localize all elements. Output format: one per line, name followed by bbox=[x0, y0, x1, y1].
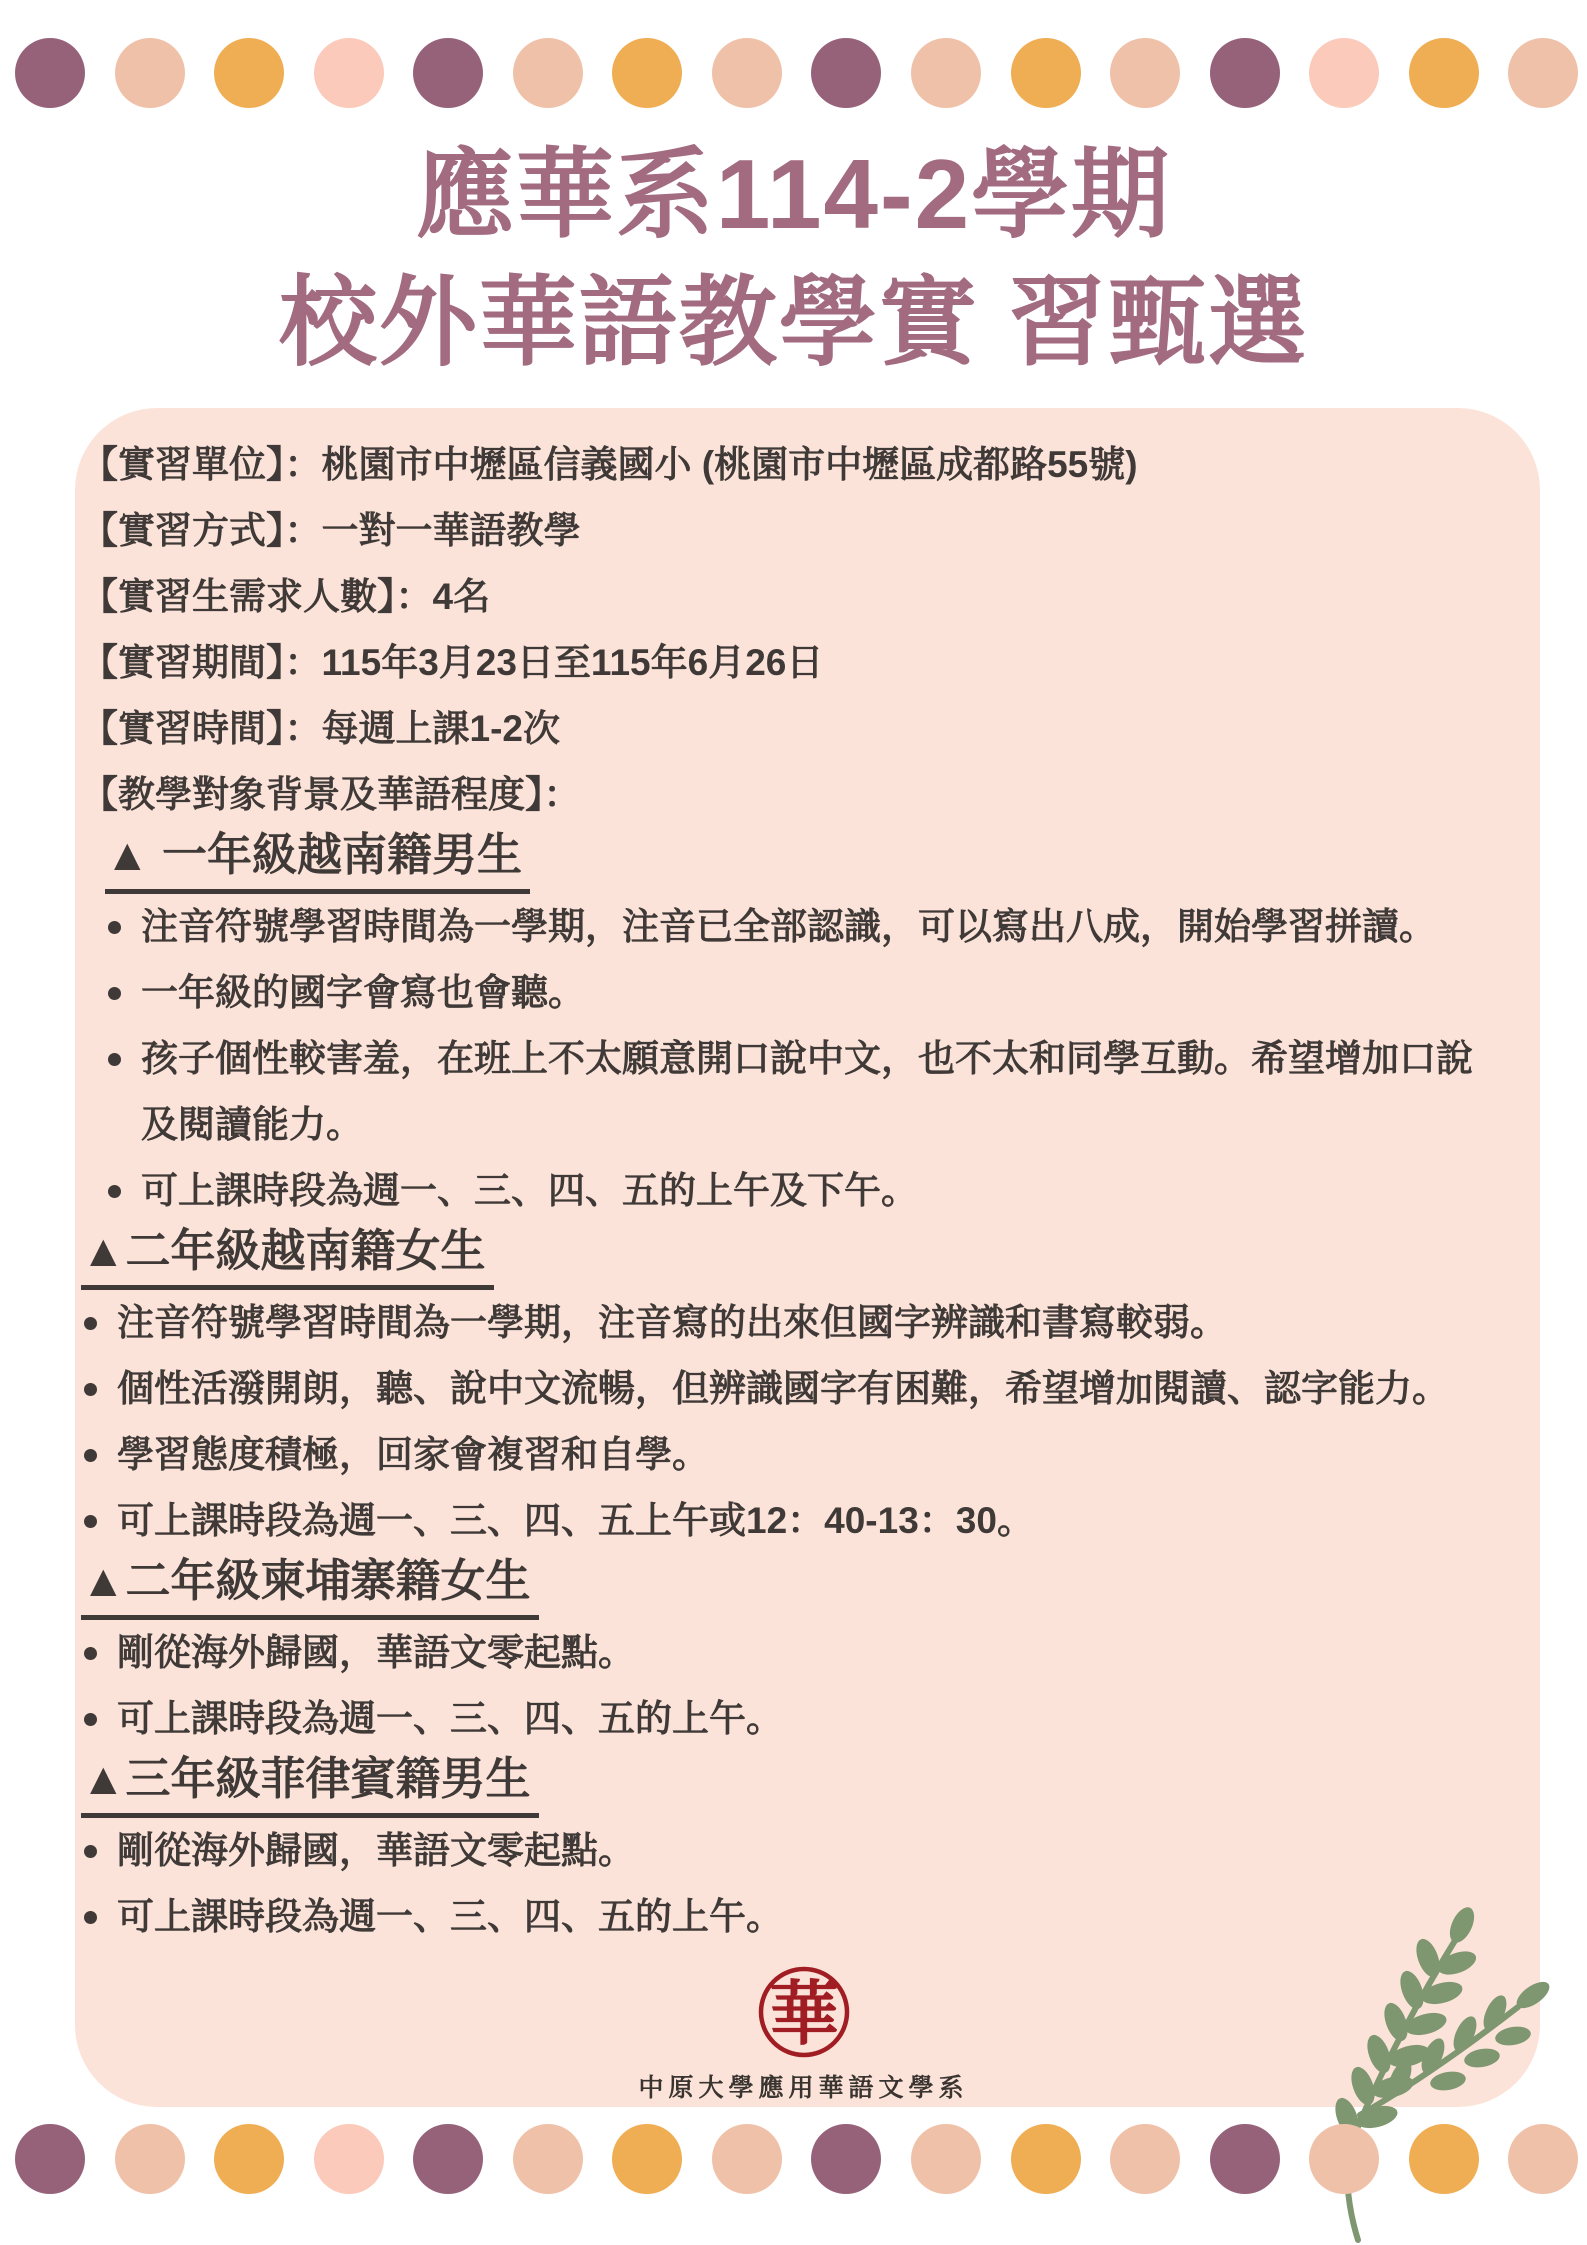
bullet-dot-icon bbox=[84, 1845, 97, 1858]
bullet-item: 孩子個性較害羞，在班上不太願意開口說中文，也不太和同學互動。希望增加口說 及閱讀… bbox=[108, 1026, 1526, 1158]
bullet-item: 學習態度積極，回家會複習和自學。 bbox=[84, 1422, 1526, 1488]
group-heading-text: ▲ 一年級越南籍男生 bbox=[105, 826, 530, 894]
bullet-item: 可上課時段為週一、三、四、五的上午及下午。 bbox=[108, 1158, 1526, 1224]
bullet-text: 一年級的國字會寫也會聽。 bbox=[141, 960, 585, 1026]
group-heading: ▲三年級菲律賓籍男生 bbox=[81, 1752, 1526, 1818]
group-heading-text: ▲二年級越南籍女生 bbox=[81, 1222, 494, 1290]
bullet-dot-icon bbox=[108, 921, 121, 934]
branch-leaves bbox=[1331, 1904, 1554, 2140]
bullet-dot-icon bbox=[84, 1449, 97, 1462]
decorative-dot bbox=[612, 2124, 682, 2194]
info-line: 【實習單位】：桃園市中壢區信義國小 (桃園市中壢區成都路55號) bbox=[81, 432, 1526, 498]
decorative-dot bbox=[115, 2124, 185, 2194]
bottom-dots-border bbox=[0, 2124, 1587, 2194]
bullet-text: 注音符號學習時間為一學期，注音寫的出來但國字辨識和書寫較弱。 bbox=[117, 1290, 1227, 1356]
bullet-text: 可上課時段為週一、三、四、五的上午。 bbox=[117, 1686, 783, 1752]
bullet-dot-icon bbox=[108, 1053, 121, 1066]
card-footer: 華 中原大學應用華語文學系 bbox=[81, 1964, 1526, 2104]
bullet-item: 剛從海外歸國，華語文零起點。 bbox=[84, 1620, 1526, 1686]
decorative-dot bbox=[314, 38, 384, 108]
top-dots-border bbox=[0, 38, 1587, 108]
decorative-dot bbox=[413, 38, 483, 108]
group-heading: ▲ 一年級越南籍男生 bbox=[105, 828, 1526, 894]
bullet-text: 孩子個性較害羞，在班上不太願意開口說中文，也不太和同學互動。希望增加口說 及閱讀… bbox=[141, 1026, 1473, 1158]
group-heading: ▲二年級越南籍女生 bbox=[81, 1224, 1526, 1290]
decorative-dot bbox=[1508, 38, 1578, 108]
decorative-dot bbox=[314, 2124, 384, 2194]
bullet-text: 學習態度積極，回家會複習和自學。 bbox=[117, 1422, 709, 1488]
bullet-item: 剛從海外歸國，華語文零起點。 bbox=[84, 1818, 1526, 1884]
decorative-dot bbox=[15, 38, 85, 108]
student-group: ▲二年級越南籍女生注音符號學習時間為一學期，注音寫的出來但國字辨識和書寫較弱。個… bbox=[81, 1224, 1526, 1554]
bullet-text: 可上課時段為週一、三、四、五的上午。 bbox=[117, 1884, 783, 1950]
branch-decoration bbox=[1330, 1915, 1580, 2245]
student-group: ▲ 一年級越南籍男生注音符號學習時間為一學期，注音已全部認識，可以寫出八成，開始… bbox=[105, 828, 1526, 1224]
decorative-dot bbox=[612, 38, 682, 108]
decorative-dot bbox=[1011, 2124, 1081, 2194]
title-line-2: 校外華語教學實 習甄選 bbox=[0, 258, 1587, 386]
decorative-dot bbox=[911, 38, 981, 108]
decorative-dot bbox=[1409, 38, 1479, 108]
info-line: 【實習時間】：每週上課1-2次 bbox=[81, 696, 1526, 762]
group-heading-text: ▲二年級柬埔寨籍女生 bbox=[81, 1552, 539, 1620]
bullet-dot-icon bbox=[84, 1713, 97, 1726]
bullet-item: 注音符號學習時間為一學期，注音已全部認識，可以寫出八成，開始學習拼讀。 bbox=[108, 894, 1526, 960]
decorative-dot bbox=[1409, 2124, 1479, 2194]
student-groups: ▲ 一年級越南籍男生注音符號學習時間為一學期，注音已全部認識，可以寫出八成，開始… bbox=[81, 828, 1526, 1950]
decorative-dot bbox=[1210, 38, 1280, 108]
bullet-item: 注音符號學習時間為一學期，注音寫的出來但國字辨識和書寫較弱。 bbox=[84, 1290, 1526, 1356]
bullet-text: 注音符號學習時間為一學期，注音已全部認識，可以寫出八成，開始學習拼讀。 bbox=[141, 894, 1436, 960]
department-name: 中原大學應用華語文學系 bbox=[81, 2068, 1526, 2104]
decorative-dot bbox=[712, 2124, 782, 2194]
bullet-item: 一年級的國字會寫也會聽。 bbox=[108, 960, 1526, 1026]
seal-character: 華 bbox=[769, 1977, 839, 2054]
decorative-dot bbox=[1110, 38, 1180, 108]
decorative-dot bbox=[712, 38, 782, 108]
info-line: 【實習生需求人數】：4名 bbox=[81, 564, 1526, 630]
decorative-dot bbox=[1011, 38, 1081, 108]
decorative-dot bbox=[1210, 2124, 1280, 2194]
info-line: 【實習期間】：115年3月23日至115年6月26日 bbox=[81, 630, 1526, 696]
bullet-text: 剛從海外歸國，華語文零起點。 bbox=[117, 1818, 635, 1884]
bullet-dot-icon bbox=[84, 1911, 97, 1924]
bullet-text: 可上課時段為週一、三、四、五上午或12：40-13：30。 bbox=[117, 1488, 1034, 1554]
bullet-text: 可上課時段為週一、三、四、五的上午及下午。 bbox=[141, 1158, 918, 1224]
bullet-dot-icon bbox=[84, 1317, 97, 1330]
decorative-dot bbox=[115, 38, 185, 108]
bullet-item: 可上課時段為週一、三、四、五上午或12：40-13：30。 bbox=[84, 1488, 1526, 1554]
decorative-dot bbox=[214, 2124, 284, 2194]
info-line: 【實習方式】：一對一華語教學 bbox=[81, 498, 1526, 564]
info-lines: 【實習單位】：桃園市中壢區信義國小 (桃園市中壢區成都路55號)【實習方式】：一… bbox=[81, 432, 1526, 828]
bullet-item: 個性活潑開朗，聽、說中文流暢，但辨識國字有困難，希望增加閱讀、認字能力。 bbox=[84, 1356, 1526, 1422]
flyer-page: 應華系114-2學期 校外華語教學實 習甄選 【實習單位】：桃園市中壢區信義國小… bbox=[0, 0, 1587, 2245]
bullet-dot-icon bbox=[84, 1515, 97, 1528]
info-card: 【實習單位】：桃園市中壢區信義國小 (桃園市中壢區成都路55號)【實習方式】：一… bbox=[75, 408, 1540, 2107]
flyer-title: 應華系114-2學期 校外華語教學實 習甄選 bbox=[0, 130, 1587, 386]
decorative-dot bbox=[1508, 2124, 1578, 2194]
bullet-dot-icon bbox=[84, 1647, 97, 1660]
group-heading: ▲二年級柬埔寨籍女生 bbox=[81, 1554, 1526, 1620]
department-seal-logo: 華 bbox=[756, 1964, 852, 2060]
decorative-dot bbox=[1309, 2124, 1379, 2194]
decorative-dot bbox=[15, 2124, 85, 2194]
bullet-text: 剛從海外歸國，華語文零起點。 bbox=[117, 1620, 635, 1686]
decorative-dot bbox=[513, 2124, 583, 2194]
group-heading-text: ▲三年級菲律賓籍男生 bbox=[81, 1750, 539, 1818]
bullet-dot-icon bbox=[108, 1185, 121, 1198]
bullet-dot-icon bbox=[84, 1383, 97, 1396]
title-line-1: 應華系114-2學期 bbox=[0, 130, 1587, 258]
decorative-dot bbox=[911, 2124, 981, 2194]
student-group: ▲二年級柬埔寨籍女生剛從海外歸國，華語文零起點。可上課時段為週一、三、四、五的上… bbox=[81, 1554, 1526, 1752]
bullet-item: 可上課時段為週一、三、四、五的上午。 bbox=[84, 1884, 1526, 1950]
student-group: ▲三年級菲律賓籍男生剛從海外歸國，華語文零起點。可上課時段為週一、三、四、五的上… bbox=[81, 1752, 1526, 1950]
bullet-item: 可上課時段為週一、三、四、五的上午。 bbox=[84, 1686, 1526, 1752]
decorative-dot bbox=[214, 38, 284, 108]
decorative-dot bbox=[811, 2124, 881, 2194]
bullet-dot-icon bbox=[108, 987, 121, 1000]
decorative-dot bbox=[513, 38, 583, 108]
decorative-dot bbox=[1309, 38, 1379, 108]
decorative-dot bbox=[811, 38, 881, 108]
info-line: 【教學對象背景及華語程度】： bbox=[81, 762, 1526, 828]
decorative-dot bbox=[1110, 2124, 1180, 2194]
bullet-text: 個性活潑開朗，聽、說中文流暢，但辨識國字有困難，希望增加閱讀、認字能力。 bbox=[117, 1356, 1449, 1422]
decorative-dot bbox=[413, 2124, 483, 2194]
